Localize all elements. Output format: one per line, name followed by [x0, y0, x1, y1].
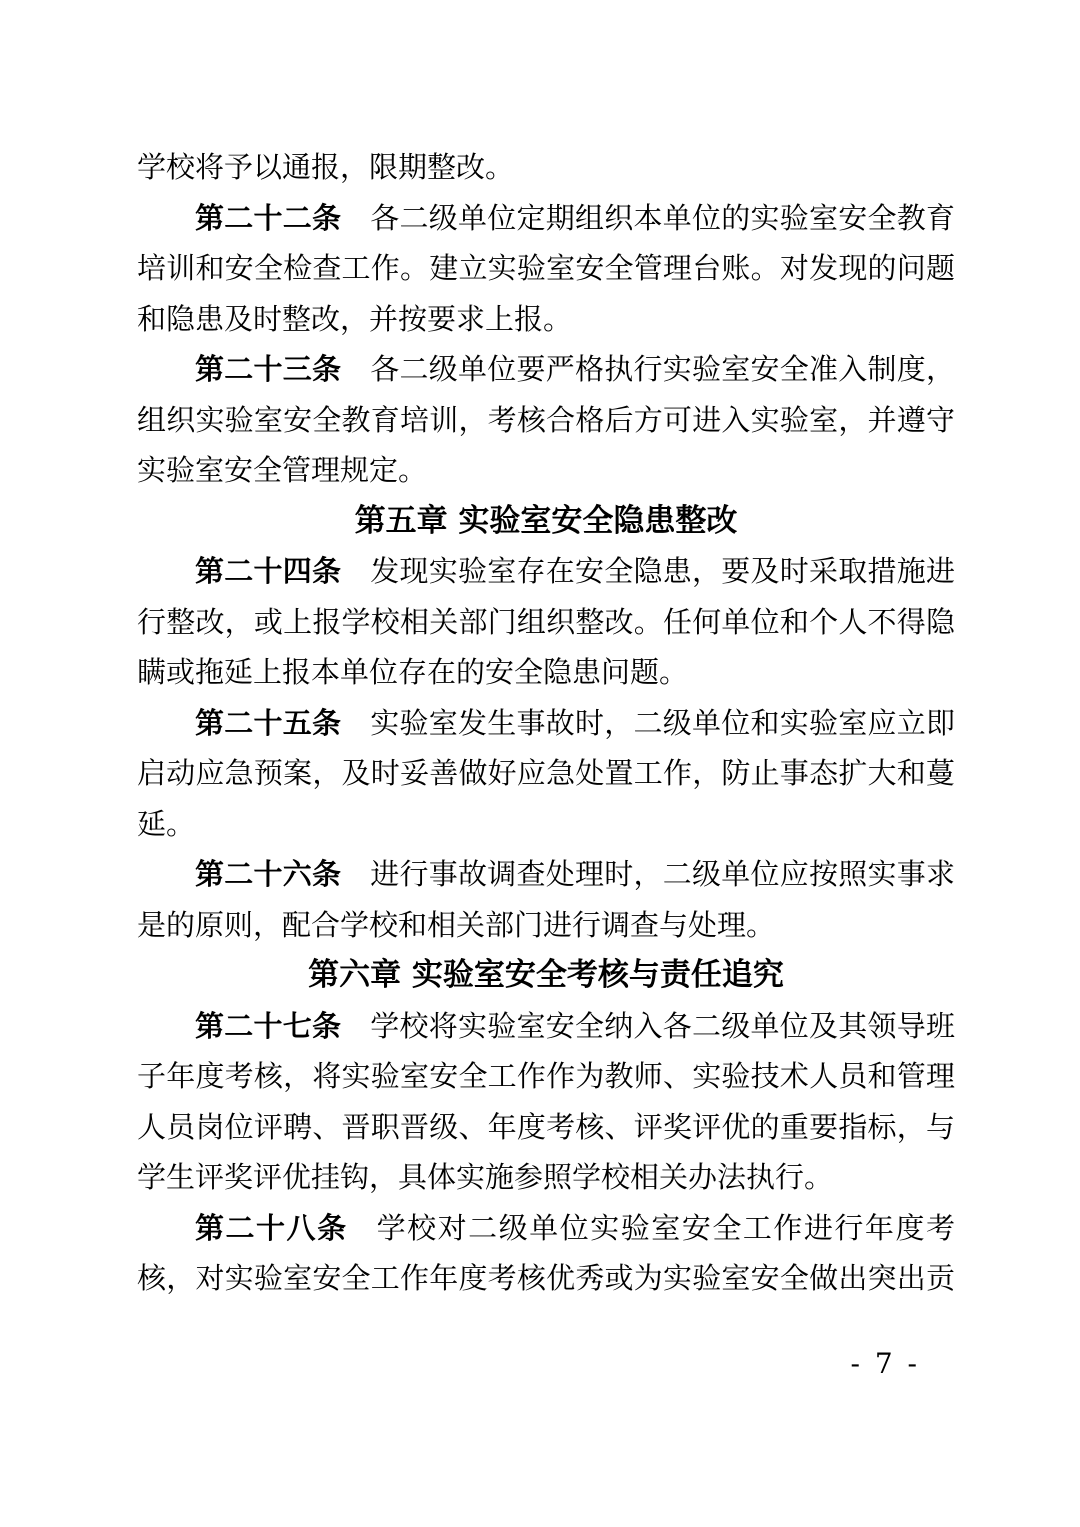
paragraph-line: 瞒或拖延上报本单位存在的安全隐患问题。: [137, 647, 955, 698]
paragraph-line: 第二十四条发现实验室存在安全隐患，要及时采取措施进: [137, 546, 955, 597]
article-number-label: 第二十五条: [195, 706, 341, 740]
line-text: 启动应急预案，及时妥善做好应急处置工作，防止事态扩大和蔓: [137, 756, 955, 790]
paragraph-line: 第二十五条实验室发生事故时，二级单位和实验室应立即: [137, 698, 955, 749]
line-text: 人员岗位评聘、晋职晋级、年度考核、评奖评优的重要指标，与: [137, 1110, 955, 1144]
document-page: 学校将予以通报，限期整改。 第二十二条各二级单位定期组织本单位的实验室安全教育 …: [0, 0, 1080, 1527]
line-text: 组织实验室安全教育培训，考核合格后方可进入实验室，并遵守: [137, 403, 955, 437]
paragraph-line: 延。: [137, 799, 955, 850]
chapter-heading: 第六章 实验室安全考核与责任追究: [137, 950, 955, 1001]
paragraph-line: 组织实验室安全教育培训，考核合格后方可进入实验室，并遵守: [137, 395, 955, 446]
line-text: 行整改，或上报学校相关部门组织整改。任何单位和个人不得隐: [137, 605, 955, 639]
article-number-label: 第二十三条: [195, 352, 341, 386]
line-text: 学生评奖评优挂钩，具体实施参照学校相关办法执行。: [137, 1160, 833, 1194]
article-number-label: 第二十七条: [195, 1009, 341, 1043]
paragraph-line: 实验室安全管理规定。: [137, 445, 955, 496]
line-text: 实验室发生事故时，二级单位和实验室应立即: [370, 706, 955, 740]
line-text: 核，对实验室安全工作年度考核优秀或为实验室安全做出突出贡: [137, 1261, 955, 1295]
article-number-label: 第二十六条: [195, 857, 341, 891]
paragraph-line: 人员岗位评聘、晋职晋级、年度考核、评奖评优的重要指标，与: [137, 1102, 955, 1153]
line-text: 学校将予以通报，限期整改。: [137, 150, 514, 184]
article-number-label: 第二十四条: [195, 554, 341, 588]
paragraph-line: 学生评奖评优挂钩，具体实施参照学校相关办法执行。: [137, 1152, 955, 1203]
page-number: - 7 -: [0, 1347, 1080, 1381]
line-text: 实验室安全管理规定。: [137, 453, 427, 487]
line-text: 瞒或拖延上报本单位存在的安全隐患问题。: [137, 655, 688, 689]
paragraph-line: 学校将予以通报，限期整改。: [137, 142, 955, 193]
line-text: 发现实验室存在安全隐患，要及时采取措施进: [370, 554, 955, 588]
line-text: 各二级单位定期组织本单位的实验室安全教育: [370, 201, 955, 235]
paragraph-line: 第二十二条各二级单位定期组织本单位的实验室安全教育: [137, 193, 955, 244]
paragraph-line: 第二十三条各二级单位要严格执行实验室安全准入制度，: [137, 344, 955, 395]
line-text: 学校对二级单位实验室安全工作进行年度考: [377, 1211, 955, 1245]
line-text: 和隐患及时整改，并按要求上报。: [137, 302, 572, 336]
line-text: 学校将实验室安全纳入各二级单位及其领导班: [370, 1009, 955, 1043]
paragraph-line: 第二十七条学校将实验室安全纳入各二级单位及其领导班: [137, 1001, 955, 1052]
paragraph-line: 是的原则，配合学校和相关部门进行调查与处理。: [137, 900, 955, 951]
line-text: 延。: [137, 807, 195, 841]
line-text: 子年度考核，将实验室安全工作作为教师、实验技术人员和管理: [137, 1059, 955, 1093]
paragraph-line: 启动应急预案，及时妥善做好应急处置工作，防止事态扩大和蔓: [137, 748, 955, 799]
paragraph-line: 和隐患及时整改，并按要求上报。: [137, 294, 955, 345]
paragraph-line: 行整改，或上报学校相关部门组织整改。任何单位和个人不得隐: [137, 597, 955, 648]
line-text: 各二级单位要严格执行实验室安全准入制度，: [370, 352, 955, 386]
paragraph-line: 子年度考核，将实验室安全工作作为教师、实验技术人员和管理: [137, 1051, 955, 1102]
article-number-label: 第二十二条: [195, 201, 341, 235]
paragraph-line: 核，对实验室安全工作年度考核优秀或为实验室安全做出突出贡: [137, 1253, 955, 1304]
line-text: 培训和安全检查工作。建立实验室安全管理台账。对发现的问题: [137, 251, 955, 285]
paragraph-line: 培训和安全检查工作。建立实验室安全管理台账。对发现的问题: [137, 243, 955, 294]
line-text: 是的原则，配合学校和相关部门进行调查与处理。: [137, 908, 775, 942]
chapter-heading: 第五章 实验室安全隐患整改: [137, 496, 955, 547]
document-text-block: 学校将予以通报，限期整改。 第二十二条各二级单位定期组织本单位的实验室安全教育 …: [137, 142, 955, 1304]
article-number-label: 第二十八条: [195, 1211, 348, 1245]
paragraph-line: 第二十六条进行事故调查处理时，二级单位应按照实事求: [137, 849, 955, 900]
paragraph-line: 第二十八条学校对二级单位实验室安全工作进行年度考: [137, 1203, 955, 1254]
line-text: 进行事故调查处理时，二级单位应按照实事求: [370, 857, 955, 891]
